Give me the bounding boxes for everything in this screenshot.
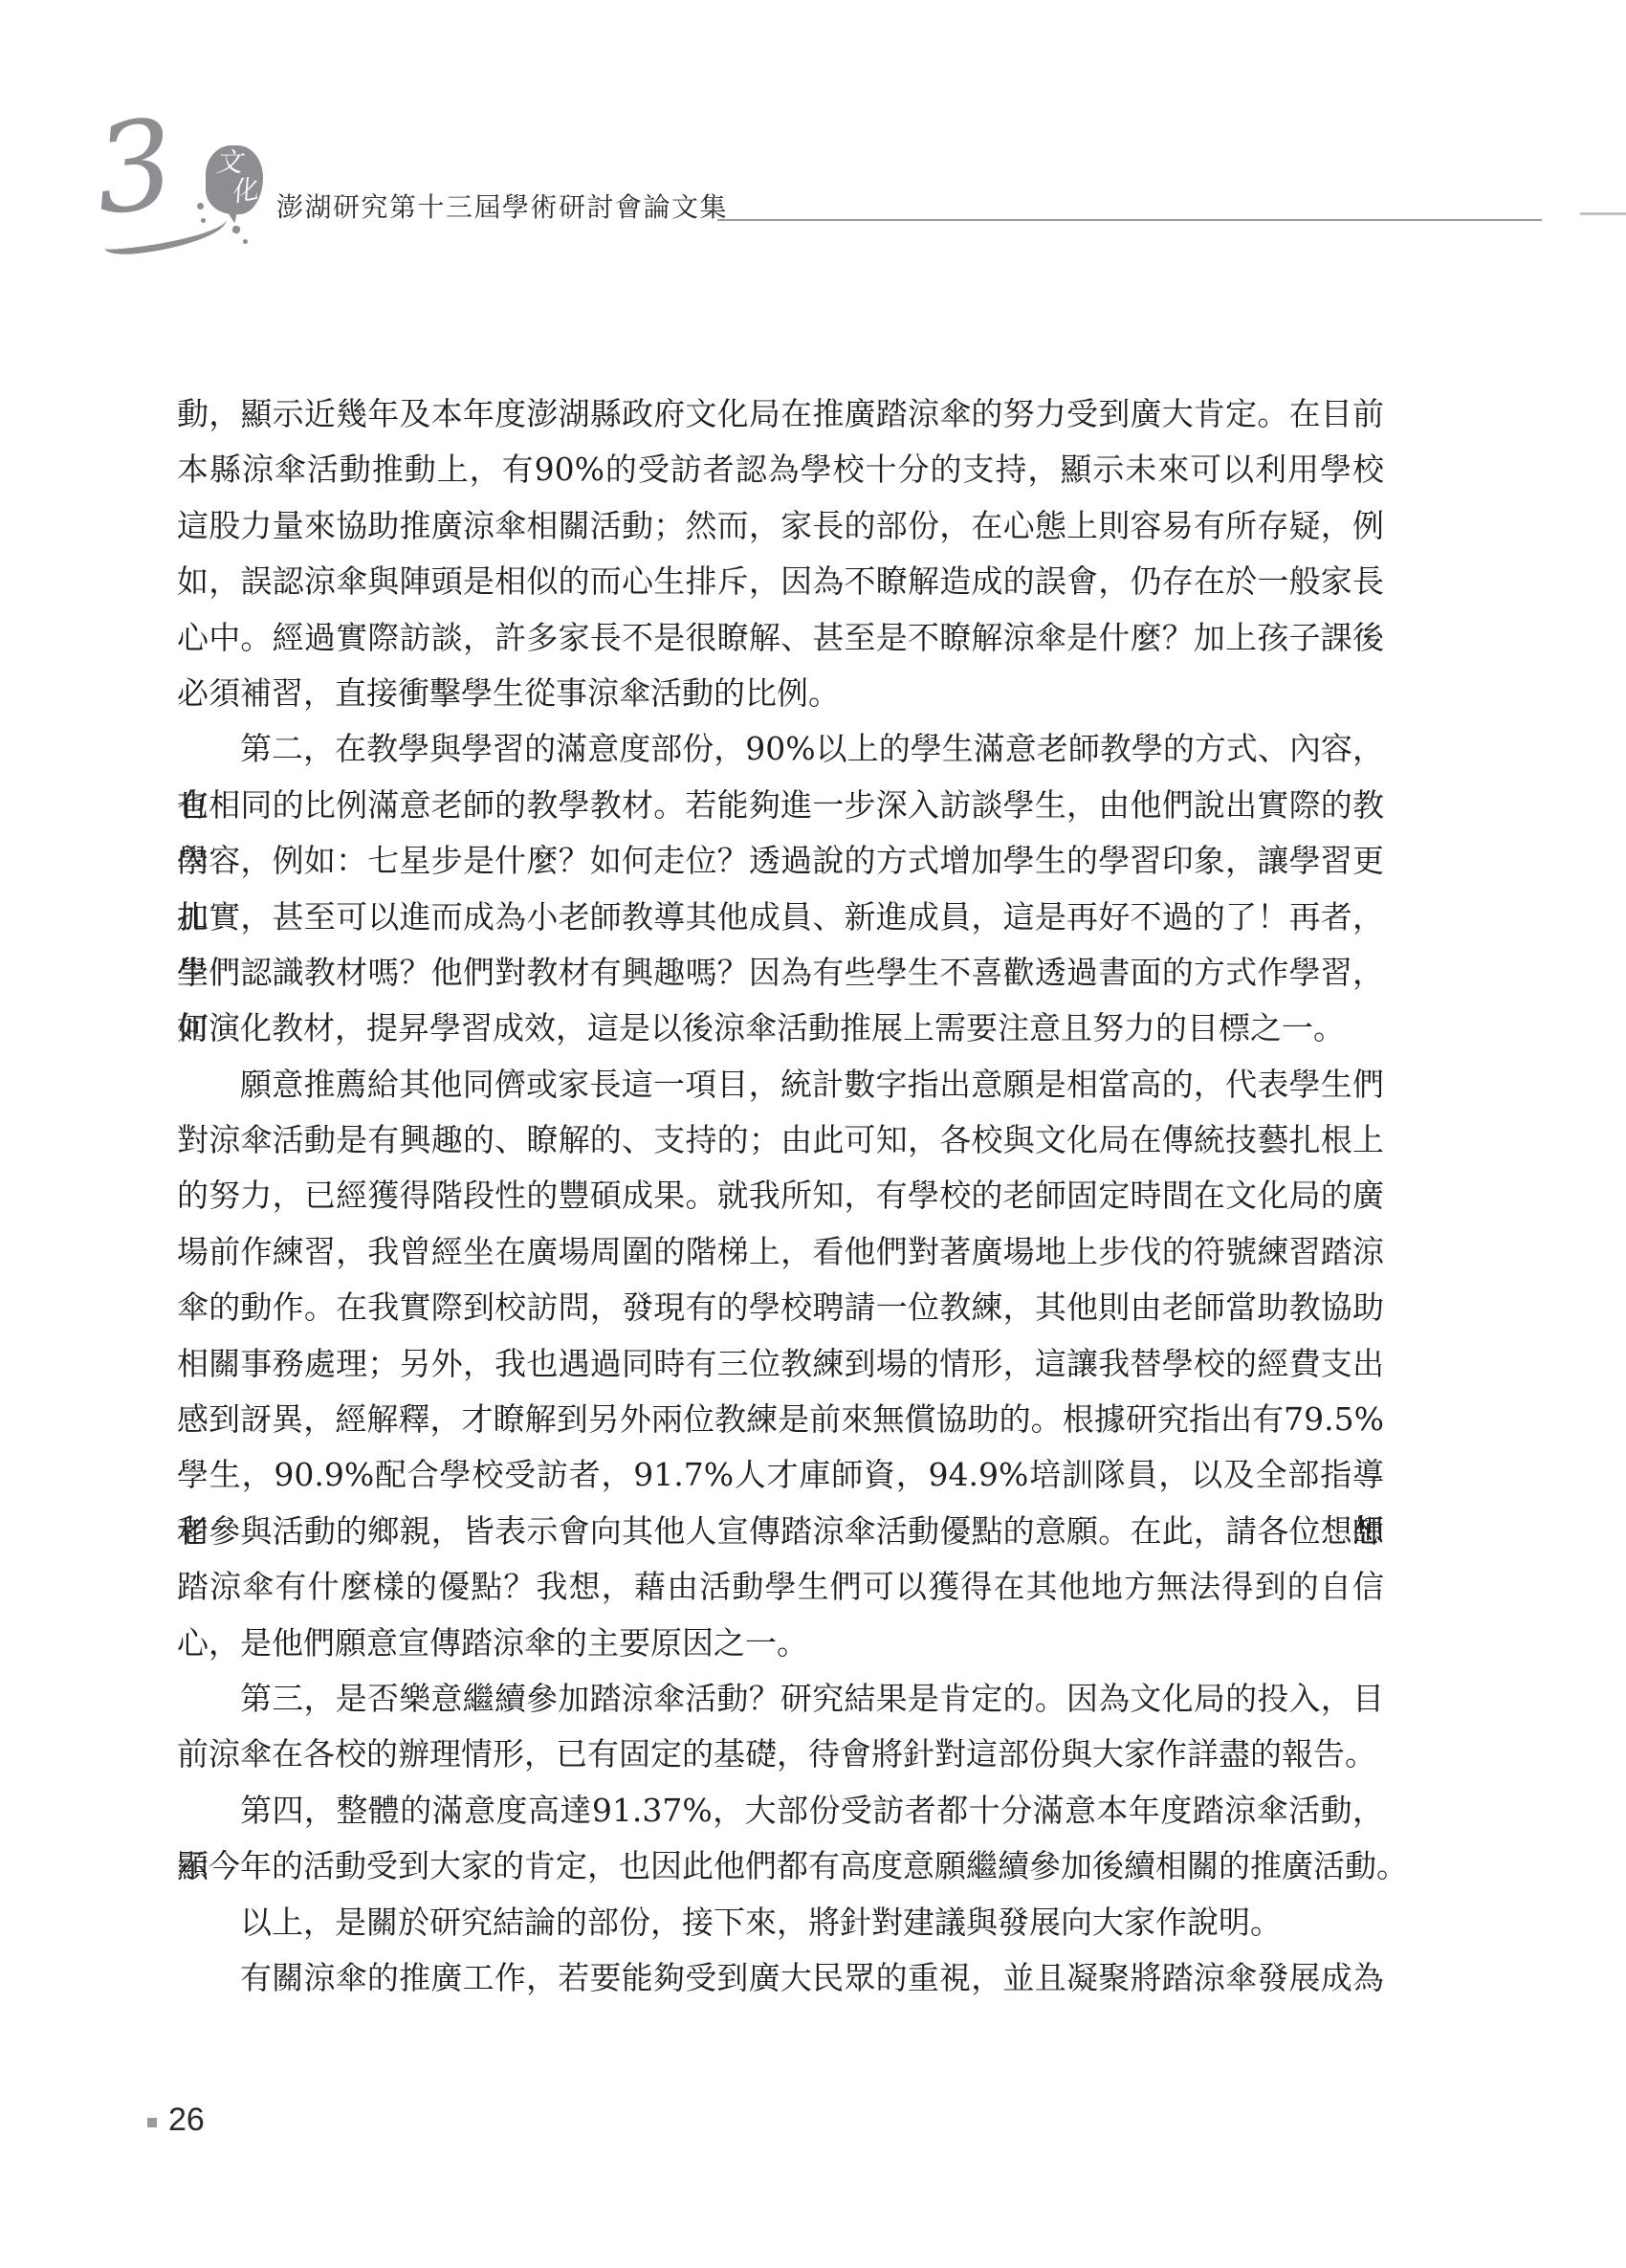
text-line: 必須補習，直接衝擊學生從事涼傘活動的比例。 [177, 666, 1384, 721]
culture-logo-circle-icon: 文 化 [206, 145, 263, 214]
logo-circle-char: 文 [215, 149, 242, 176]
text-line: 場前作練習，我曾經坐在廣場周圍的階梯上，看他們對著廣場地上步伐的符號練習踏涼 [177, 1224, 1384, 1280]
text-line: 這股力量來協助推廣涼傘相關活動；然而，家長的部份，在心態上則容易有所存疑，例 [177, 498, 1384, 554]
header-rule-short [1580, 212, 1626, 215]
logo-dot-icon [201, 218, 206, 223]
text-line: 有相同的比例滿意老師的教學教材。若能夠進一步深入訪談學生，由他們說出實際的教學 [177, 778, 1384, 833]
logo-dot-icon [197, 203, 204, 209]
text-line: 心中。經過實際訪談，許多家長不是很瞭解、甚至是不瞭解涼傘是什麼？加上孩子課後 [177, 610, 1384, 666]
text-line: 如，誤認涼傘與陣頭是相似的而心生排斥，因為不瞭解造成的誤會，仍存在於一般家長 [177, 554, 1384, 609]
text-line: 踏涼傘有什麼樣的優點？我想，藉由活動學生們可以獲得在其他地方無法得到的自信 [177, 1559, 1384, 1615]
logo-numeral: 3 [90, 103, 180, 233]
text-line: 何演化教材，提昇學習成效，這是以後涼傘活動推展上需要注意且努力的目標之一。 [177, 1001, 1384, 1056]
text-line: 扎實，甚至可以進而成為小老師教導其他成員、新進成員，這是再好不過的了！再者，學 [177, 890, 1384, 945]
logo-dot-icon [243, 239, 248, 244]
text-line: 的努力，已經獲得階段性的豐碩成果。就我所知，有學校的老師固定時間在文化局的廣 [177, 1168, 1384, 1223]
text-line: 對涼傘活動是有興趣的、瞭解的、支持的；由此可知，各校與文化局在傳統技藝扎根上 [177, 1112, 1384, 1168]
text-line: 願意推薦給其他同儕或家長這一項目，統計數字指出意願是相當高的，代表學生們 [177, 1057, 1384, 1112]
page-number: 26 [168, 2102, 205, 2138]
text-line: 相關事務處理；另外，我也遇過同時有三位教練到場的情形，這讓我替學校的經費支出 [177, 1336, 1384, 1392]
logo-circle-char: 化 [229, 176, 259, 207]
logo-dot-icon [231, 225, 241, 234]
text-line: 第二，在教學與學習的滿意度部份，90%以上的學生滿意老師教學的方式、內容，也 [177, 721, 1384, 777]
text-line: 內容，例如：七星步是什麼？如何走位？透過說的方式增加學生的學習印象，讓學習更加 [177, 833, 1384, 889]
text-line: 第三，是否樂意繼續參加踏涼傘活動？研究結果是肯定的。因為文化局的投入，目 [177, 1671, 1384, 1727]
text-line: 動，顯示近幾年及本年度澎湖縣政府文化局在推廣踏涼傘的努力受到廣大肯定。在目前 [177, 386, 1384, 442]
text-line: 以上，是關於研究結論的部份，接下來，將針對建議與發展向大家作說明。 [177, 1895, 1384, 1950]
square-bullet-icon [147, 2118, 157, 2127]
body-text: 動，顯示近幾年及本年度澎湖縣政府文化局在推廣踏涼傘的努力受到廣大肯定。在目前本縣… [177, 386, 1384, 2006]
text-line: 生們認識教材嗎？他們對教材有興趣嗎？因為有些學生不喜歡透過書面的方式作學習，如 [177, 945, 1384, 1001]
document-page: 3 文 化 澎湖研究第十三屆學術研討會論文集 動，顯示近幾年及本年度澎湖縣政府文… [0, 0, 1626, 2268]
text-line: 有關涼傘的推廣工作，若要能夠受到廣大民眾的重視，並且凝聚將踏涼傘發展成為 [177, 1950, 1384, 2006]
text-line: 前涼傘在各校的辦理情形，已有固定的基礎，待會將針對這部份與大家作詳盡的報告。 [177, 1727, 1384, 1782]
proceedings-title: 澎湖研究第十三屆學術研討會論文集 [276, 192, 728, 223]
text-line: 學生，90.9%配合學校受訪者，91.7%人才庫師資，94.9%培訓隊員，以及全… [177, 1447, 1384, 1503]
text-line: 心，是他們願意宣傳踏涼傘的主要原因之一。 [177, 1616, 1384, 1671]
text-line: 感到訝異，經解釋，才瞭解到另外兩位教練是前來無償協助的。根據研究指出有79.5% [177, 1392, 1384, 1447]
text-line: 和參與活動的鄉親，皆表示會向其他人宣傳踏涼傘活動優點的意願。在此，請各位想想 [177, 1504, 1384, 1559]
text-line: 第四，整體的滿意度高達91.37%，大部份受訪者都十分滿意本年度踏涼傘活動，顯 [177, 1783, 1384, 1839]
header-rule [717, 219, 1542, 221]
text-line: 傘的動作。在我實際到校訪問，發現有的學校聘請一位教練，其他則由老師當助教協助 [177, 1280, 1384, 1335]
text-line: 示今年的活動受到大家的肯定，也因此他們都有高度意願繼續參加後續相關的推廣活動。 [177, 1839, 1384, 1894]
text-line: 本縣涼傘活動推動上，有90%的受訪者認為學校十分的支持，顯示未來可以利用學校 [177, 442, 1384, 497]
